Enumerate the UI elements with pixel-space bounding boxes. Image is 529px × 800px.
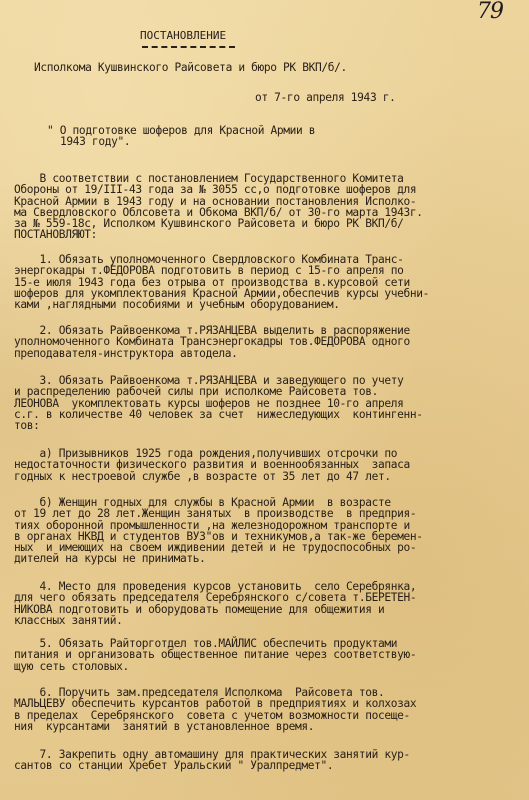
preamble-line: ПОСТАНОВЛЯЮТ: — [14, 229, 520, 240]
page-number: 79 — [477, 6, 503, 17]
item-line: МАЛЬЦЕВУ обеспечить курсантов работой в … — [14, 698, 520, 709]
title-underline — [142, 46, 235, 48]
preamble-line: Обороны от 19/III-43 года за № 3055 сс,о… — [14, 184, 520, 195]
item-line: ния курсантами занятий в установленное в… — [14, 721, 520, 732]
item-line: классных занятий. — [14, 615, 520, 626]
preamble: В соответствии с постановлением Государс… — [14, 173, 520, 241]
item-6: 6. Поручить зам.председателя Исполкома Р… — [14, 687, 520, 732]
subject-line: 1943 году". — [47, 136, 529, 147]
item-line: недостаточности физического развития и в… — [14, 459, 520, 470]
item-5: 5. Обязать Райторготдел тов.МАЙЛИС обесп… — [14, 638, 520, 672]
item-line: ками ,наглядными пособиями и учебным обо… — [14, 299, 520, 310]
item-2: 2. Обязать Райвоенкома т.РЯЗАНЦЕВА выдел… — [14, 325, 520, 359]
document-date: от 7-го апреля 1943 г. — [255, 92, 395, 103]
item-7: 7. Закрепить одну автомашину для практич… — [14, 749, 520, 772]
item-line: дителей на курсы не принимать. — [14, 553, 520, 564]
item-line: тов: — [14, 420, 520, 431]
item-line: преподавателя-инструктора автодела. — [14, 348, 520, 359]
item-line: от 19 лет до 28 лет.Женщин занятых в про… — [14, 508, 520, 519]
document-page: 79 ПОСТАНОВЛЕНИЕ Исполкома Кушвинского Р… — [0, 0, 529, 800]
item-3b: б) Женщин годных для службы в Красной Ар… — [14, 497, 520, 565]
item-line: с.г. в количестве 40 человек за счет ниж… — [14, 409, 520, 420]
item-line: щую сеть столовых. — [14, 661, 520, 672]
item-4: 4. Место для проведения курсов установит… — [14, 581, 520, 626]
document-title: ПОСТАНОВЛЕНИЕ — [140, 30, 226, 41]
item-line: энергокадры т.ФЕДОРОВА подготовить в пер… — [14, 265, 520, 276]
item-line: питания и организовать общественное пита… — [14, 649, 520, 660]
item-line: и распределению рабочей силы при исполко… — [14, 386, 520, 397]
issuer-line: Исполкома Кушвинского Райсовета и бюро Р… — [34, 62, 347, 73]
item-3: 3. Обязать Райвоенкома т.РЯЗАНЦЕВА и зав… — [14, 375, 520, 431]
item-line: уполномоченного Комбината Трансэнергокад… — [14, 336, 520, 347]
item-line: для чего обязать председателя Серебрянск… — [14, 592, 520, 603]
document-subject: " О подготовке шоферов для Красной Армии… — [47, 125, 529, 148]
item-line: годных к нестроевой службе ,в возрасте о… — [14, 471, 520, 482]
item-1: 1. Обязать уполномоченного Свердловского… — [14, 254, 520, 310]
item-3a: а) Призывников 1925 года рождения,получи… — [14, 448, 520, 482]
item-line: сантов со станции Хребет Уральский " Ура… — [14, 760, 520, 771]
